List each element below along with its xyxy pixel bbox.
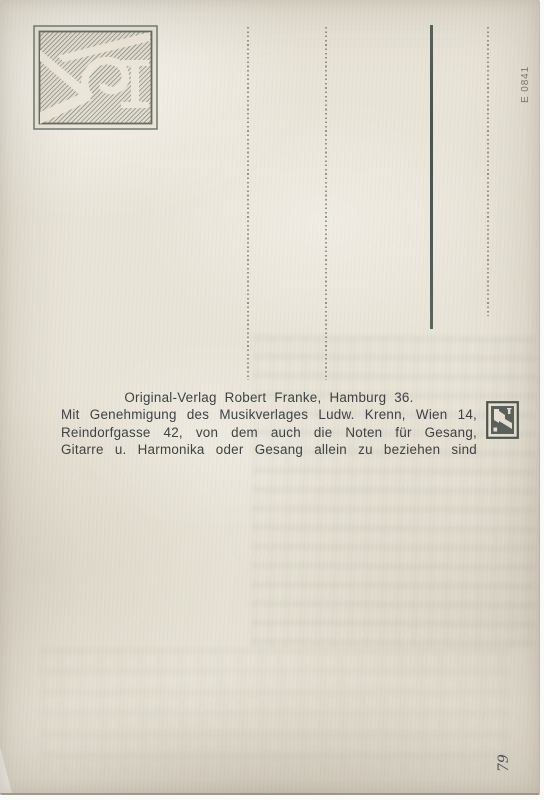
stock-number: E 0841 [520, 23, 534, 103]
imprint-line: Gitarre u. Harmonika oder Gesang allein … [61, 441, 477, 458]
imprint-line: Original-Verlag Robert Franke, Hamburg 3… [61, 389, 477, 406]
publisher-imprint: Original-Verlag Robert Franke, Hamburg 3… [61, 389, 477, 458]
imprint-line: Reindorfgasse 42, von dem auch die Noten… [61, 424, 477, 441]
imprint-line: Mit Genehmigung des Musikverlages Ludw. … [61, 406, 477, 423]
publisher-monogram-logo-icon [33, 25, 158, 130]
printer-mark-icon [486, 401, 519, 439]
postcard-back: E 0841 Original-Verlag Robert Franke, Ha… [0, 0, 540, 795]
dotted-divider-line [325, 27, 327, 380]
corner-wear [0, 747, 12, 793]
bleed-through-texture [251, 335, 537, 649]
solid-divider-line [430, 25, 433, 329]
dotted-divider-line [247, 27, 249, 380]
bleed-through-texture [40, 648, 510, 774]
dotted-divider-line [487, 27, 489, 316]
serial-number: 79 [496, 742, 512, 772]
